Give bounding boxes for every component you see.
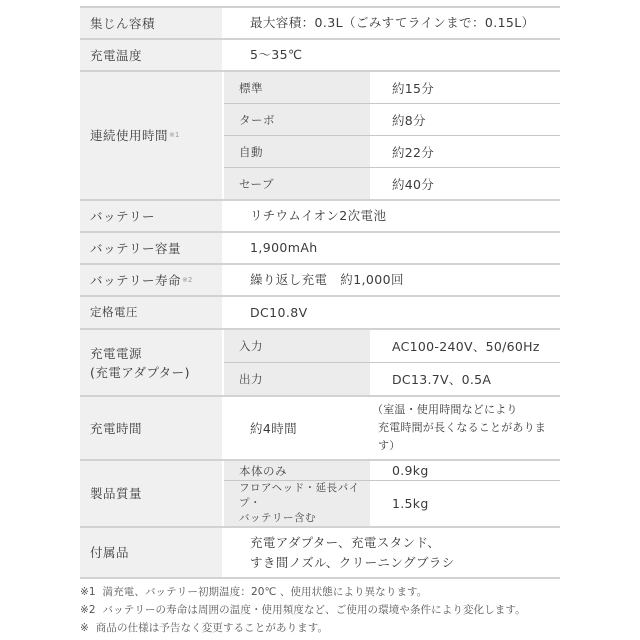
accessories-line: 充電アダプター、充電スタンド、 [250, 533, 440, 553]
footnote-3: ※ 商品の仕様は予告なく変更することがあります。 [80, 619, 580, 637]
footnote-1: ※1 満充電、バッテリー初期温度：20℃ 、使用状態により異なります。 [80, 583, 580, 601]
footnote-2: ※2 バッテリーの寿命は周囲の温度・使用頻度など、ご使用の環境や条件により変化し… [80, 601, 580, 619]
spec-label: バッテリー [80, 201, 222, 231]
mode-value: 約22分 [370, 136, 560, 167]
spec-row-battery: バッテリー リチウムイオン2次電池 [80, 201, 560, 233]
spec-label-text: バッテリー寿命 [90, 271, 181, 290]
sub-row-mode: 標準 約15分 [224, 72, 560, 104]
weight-item-name-line: バッテリー含む [239, 511, 316, 526]
spec-label: 充電電源 (充電アダプター) [80, 330, 222, 395]
spec-row-dust-capacity: 集じん容積 最大容積：0.3L（ごみすてラインまで：0.15L） [80, 8, 560, 40]
sub-row-weight: 本体のみ 0.9kg [224, 461, 560, 481]
power-item-name: 出力 [224, 363, 370, 395]
spec-label: 充電温度 [80, 40, 222, 70]
power-sub-table: 入力 AC100-240V、50/60Hz 出力 DC13.7V、0.5A [222, 330, 560, 395]
spec-label-line: (充電アダプター) [90, 363, 190, 382]
mode-name: 標準 [224, 72, 370, 103]
spec-value: 繰り返し充電 約1,000回 [222, 265, 560, 295]
spec-row-battery-life: バッテリー寿命※2 繰り返し充電 約1,000回 [80, 265, 560, 297]
sub-row-power: 入力 AC100-240V、50/60Hz [224, 330, 560, 363]
spec-label: 連続使用時間※1 [80, 72, 222, 199]
spec-row-accessories: 付属品 充電アダプター、充電スタンド、 すき間ノズル、クリーニングブラシ [80, 528, 560, 579]
charging-time-note: （室温・使用時間などにより 充電時間が長くなることがあります） [370, 397, 560, 459]
spec-label-line: 充電電源 [90, 344, 142, 363]
spec-row-charging-power: 充電電源 (充電アダプター) 入力 AC100-240V、50/60Hz 出力 … [80, 330, 560, 397]
weight-item-name: フロアヘッド・延長パイプ・ バッテリー含む [224, 481, 370, 526]
mode-name: セーブ [224, 168, 370, 199]
mode-value: 約15分 [370, 72, 560, 103]
spec-row-battery-capacity: バッテリー容量 1,900mAh [80, 233, 560, 265]
spec-label: バッテリー容量 [80, 233, 222, 263]
spec-label-text: 連続使用時間 [90, 126, 168, 145]
spec-row-rated-voltage: 定格電圧 DC10.8V [80, 297, 560, 330]
mode-value: 約40分 [370, 168, 560, 199]
spec-value: 5〜35℃ [222, 40, 560, 70]
spec-label: 集じん容積 [80, 8, 222, 38]
sub-row-weight: フロアヘッド・延長パイプ・ バッテリー含む 1.5kg [224, 481, 560, 526]
spec-label: 定格電圧 [80, 297, 222, 328]
spec-label: バッテリー寿命※2 [80, 265, 222, 295]
weight-item-value: 1.5kg [370, 481, 560, 526]
power-item-value: DC13.7V、0.5A [370, 363, 560, 395]
spec-row-product-weight: 製品質量 本体のみ 0.9kg フロアヘッド・延長パイプ・ バッテリー含む 1.… [80, 461, 560, 528]
weight-item-value: 0.9kg [370, 461, 560, 480]
footnotes: ※1 満充電、バッテリー初期温度：20℃ 、使用状態により異なります。 ※2 バ… [80, 583, 580, 637]
spec-value: 約4時間 [222, 397, 370, 459]
power-item-value: AC100-240V、50/60Hz [370, 330, 560, 362]
accessories-line: すき間ノズル、クリーニングブラシ [250, 553, 455, 573]
power-item-name: 入力 [224, 330, 370, 362]
mode-value: 約8分 [370, 104, 560, 135]
weight-item-name: 本体のみ [224, 461, 370, 480]
mode-name: 自動 [224, 136, 370, 167]
spec-value: 1,900mAh [222, 233, 560, 263]
spec-row-charging-time: 充電時間 約4時間 （室温・使用時間などにより 充電時間が長くなることがあります… [80, 397, 560, 461]
mode-name: ターボ [224, 104, 370, 135]
weight-sub-table: 本体のみ 0.9kg フロアヘッド・延長パイプ・ バッテリー含む 1.5kg [222, 461, 560, 526]
spec-row-charging-temperature: 充電温度 5〜35℃ [80, 40, 560, 72]
spec-label: 充電時間 [80, 397, 222, 459]
mode-sub-table: 標準 約15分 ターボ 約8分 自動 約22分 セーブ 約40分 [222, 72, 560, 199]
spec-value: 充電アダプター、充電スタンド、 すき間ノズル、クリーニングブラシ [222, 528, 560, 577]
footnote-mark: ※2 [182, 271, 192, 290]
spec-label: 付属品 [80, 528, 222, 577]
sub-row-mode: ターボ 約8分 [224, 104, 560, 136]
note-line: 充電時間が長くなることがあります） [372, 419, 560, 455]
spec-label: 製品質量 [80, 461, 222, 526]
spec-value: DC10.8V [222, 297, 560, 328]
footnote-mark: ※1 [169, 126, 179, 145]
note-line: （室温・使用時間などにより [372, 401, 560, 419]
sub-row-mode: セーブ 約40分 [224, 168, 560, 199]
spec-value: リチウムイオン2次電池 [222, 201, 560, 231]
sub-row-mode: 自動 約22分 [224, 136, 560, 168]
spec-row-continuous-use-time: 連続使用時間※1 標準 約15分 ターボ 約8分 自動 約22分 セーブ 約40… [80, 72, 560, 201]
weight-item-name-line: フロアヘッド・延長パイプ・ [239, 481, 370, 511]
spec-value: 最大容積：0.3L（ごみすてラインまで：0.15L） [222, 8, 560, 38]
sub-row-power: 出力 DC13.7V、0.5A [224, 363, 560, 395]
spec-table: 集じん容積 最大容積：0.3L（ごみすてラインまで：0.15L） 充電温度 5〜… [80, 6, 560, 579]
